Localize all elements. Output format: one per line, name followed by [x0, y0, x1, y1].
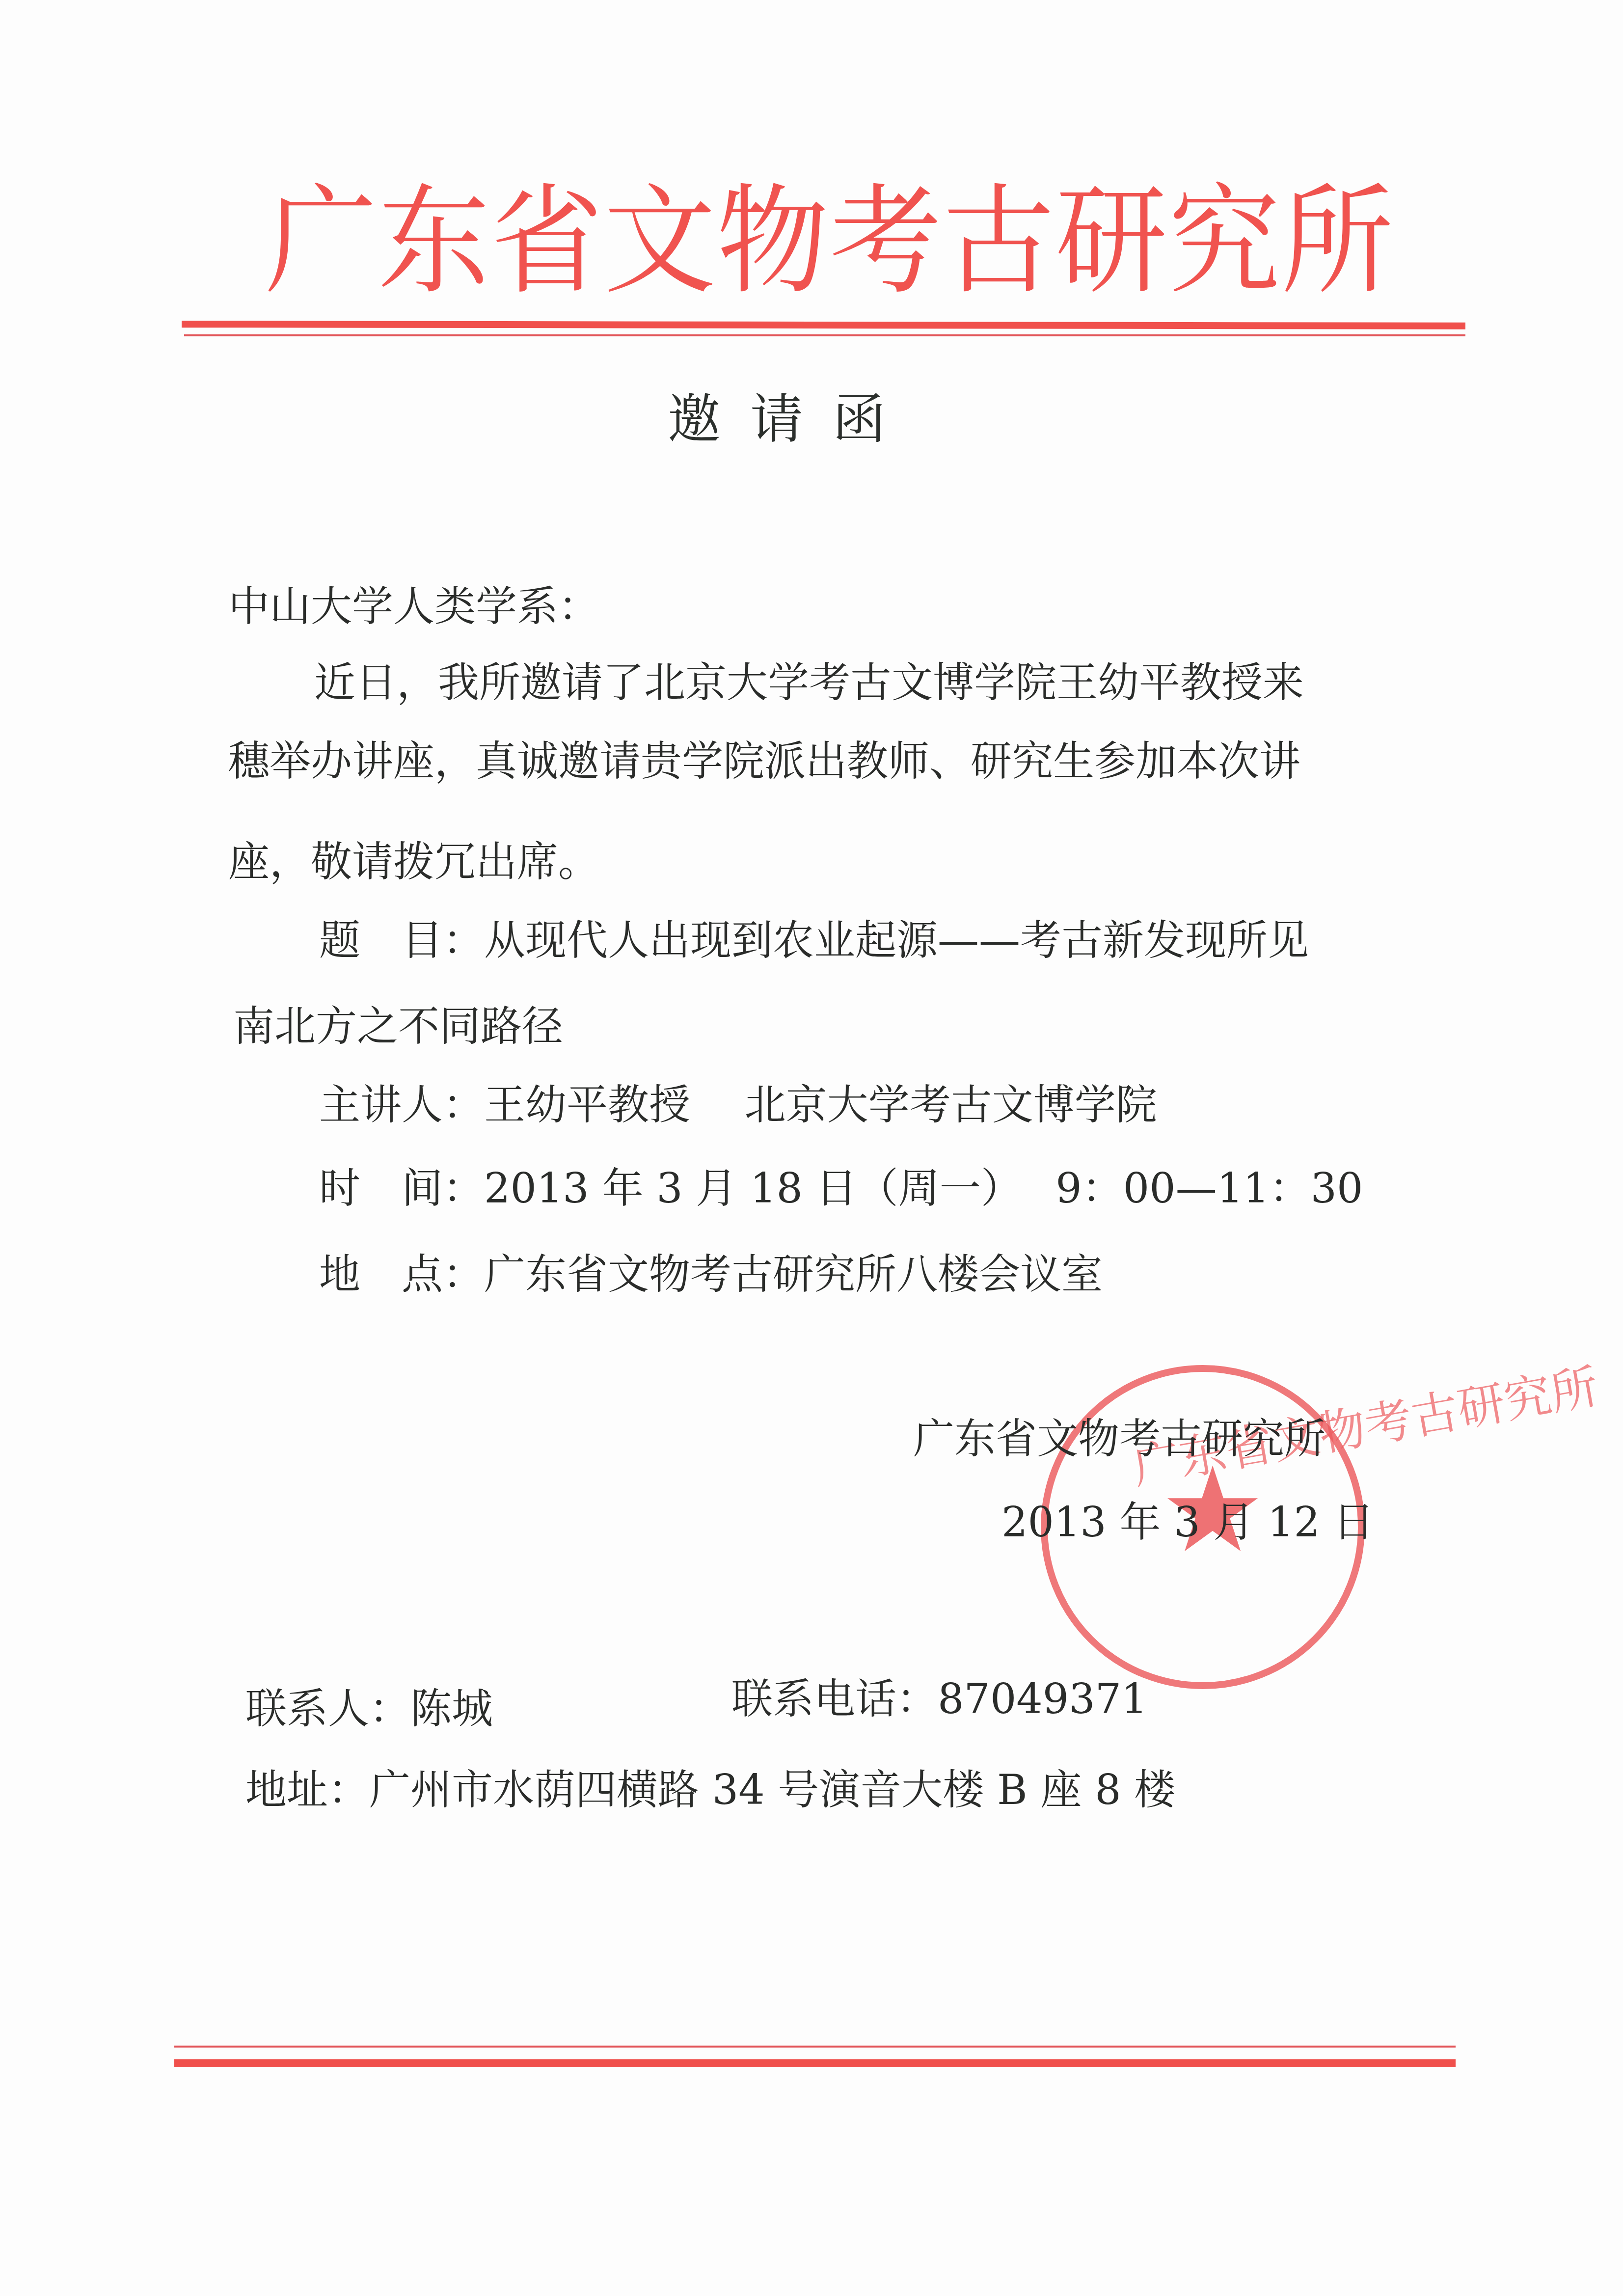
contact-person-label: 联系人： — [245, 1685, 410, 1733]
salutation: 中山大学人类学系： — [228, 582, 599, 631]
topic-label: 题 目： — [319, 916, 484, 964]
contact-phone-row: 联系电话：87049371 — [731, 1674, 1148, 1723]
address-row: 地址：广州市水荫四横路 34 号演音大楼 B 座 8 楼 — [245, 1765, 1175, 1814]
letterhead-rule-thick — [182, 321, 1465, 329]
speaker-value: 王幼平教授 北京大学考古文博学院 — [484, 1081, 1157, 1129]
address-label: 地址： — [245, 1766, 369, 1814]
contact-phone-value: 87049371 — [938, 1675, 1148, 1723]
signature-organization: 广东省文物考古研究所 — [913, 1414, 1325, 1463]
signature-date: 2013 年 3 月 12 日 — [1001, 1498, 1375, 1547]
speaker-row: 主讲人：王幼平教授 北京大学考古文博学院 — [319, 1080, 1157, 1129]
footer-rule-thin — [174, 2046, 1456, 2048]
place-value: 广东省文物考古研究所八楼会议室 — [484, 1250, 1103, 1298]
address-value: 广州市水荫四横路 34 号演音大楼 B 座 8 楼 — [369, 1766, 1175, 1814]
place-label: 地 点： — [319, 1250, 484, 1298]
body-line-2: 穗举办讲座，真诚邀请贵学院派出教师、研究生参加本次讲 — [228, 737, 1300, 786]
document-title: 邀请函 — [668, 388, 915, 452]
time-row: 时 间：2013 年 3 月 18 日（周一） 9：00—11：30 — [319, 1164, 1363, 1213]
contact-phone-label: 联系电话： — [731, 1675, 938, 1723]
footer-rule-thick — [174, 2059, 1456, 2067]
time-label: 时 间： — [319, 1164, 484, 1212]
letterhead-rule-thin — [184, 334, 1465, 336]
speaker-label: 主讲人： — [319, 1081, 484, 1129]
time-value: 2013 年 3 月 18 日（周一） 9：00—11：30 — [484, 1164, 1363, 1212]
topic-value: 从现代人出现到农业起源——考古新发现所见 — [484, 916, 1309, 964]
body-line-3: 座，敬请拨冗出席。 — [228, 837, 599, 886]
topic-row: 题 目：从现代人出现到农业起源——考古新发现所见 — [319, 916, 1309, 965]
body-line-1: 近日，我所邀请了北京大学考古文博学院王幼平教授来 — [314, 658, 1304, 707]
place-row: 地 点：广东省文物考古研究所八楼会议室 — [319, 1250, 1103, 1299]
invitation-letter-page: 广东省文物考古研究所 邀请函 中山大学人类学系： 近日，我所邀请了北京大学考古文… — [0, 0, 1623, 2296]
contact-person-value: 陈城 — [410, 1685, 493, 1733]
contact-person-row: 联系人：陈城 — [245, 1684, 493, 1733]
letterhead-organization: 广东省文物考古研究所 — [265, 177, 1375, 306]
topic-continuation: 南北方之不同路径 — [233, 1002, 563, 1051]
